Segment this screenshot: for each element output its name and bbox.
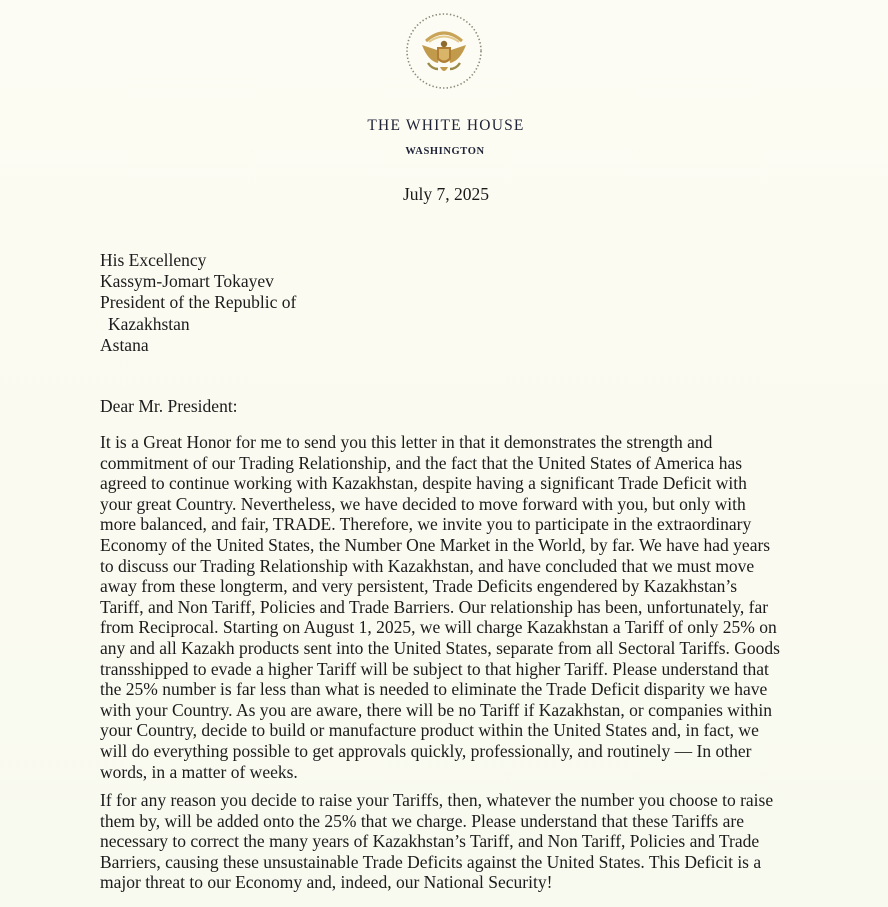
body-line: any and all Kazakh products sent into th… xyxy=(100,638,860,659)
body-line: to discuss our Trading Relationship with… xyxy=(100,556,860,577)
body-line: Barriers, causing these unsustainable Tr… xyxy=(100,852,860,873)
presidential-seal-icon xyxy=(404,11,484,91)
body-line: agreed to continue working with Kazakhst… xyxy=(100,473,860,494)
body-line: them by, will be added onto the 25% that… xyxy=(100,811,860,832)
body-line: words, in a matter of weeks. xyxy=(100,762,860,783)
body-line: commitment of our Trading Relationship, … xyxy=(100,453,860,474)
letter-page: THE WHITE HOUSE WASHINGTON July 7, 2025 … xyxy=(0,0,888,907)
recipient-city: Astana xyxy=(100,335,296,356)
letterhead-city: WASHINGTON xyxy=(0,146,888,157)
body-paragraph: If for any reason you decide to raise yo… xyxy=(100,790,860,893)
letter-date: July 7, 2025 xyxy=(0,184,888,205)
body-line: It is a Great Honor for me to send you t… xyxy=(100,432,860,453)
body-line: away from these longterm, and very persi… xyxy=(100,576,860,597)
body-line: the 25% number is far less than what is … xyxy=(100,679,860,700)
salutation: Dear Mr. President: xyxy=(100,396,238,417)
body-line: Tariff, and Non Tariff, Policies and Tra… xyxy=(100,597,860,618)
body-line: your great Country. Nevertheless, we hav… xyxy=(100,494,860,515)
body-line: from Reciprocal. Starting on August 1, 2… xyxy=(100,617,860,638)
recipient-address: His Excellency Kassym-Jomart Tokayev Pre… xyxy=(100,250,296,356)
recipient-name: Kassym-Jomart Tokayev xyxy=(100,271,296,292)
recipient-title: President of the Republic of xyxy=(100,292,296,313)
body-line: major threat to our Economy and, indeed,… xyxy=(100,872,860,893)
body-line: with your Country. As you are aware, the… xyxy=(100,700,860,721)
body-line: If for any reason you decide to raise yo… xyxy=(100,790,860,811)
body-paragraph: It is a Great Honor for me to send you t… xyxy=(100,432,860,782)
recipient-honorific: His Excellency xyxy=(100,250,296,271)
body-line: more balanced, and fair, TRADE. Therefor… xyxy=(100,514,860,535)
body-line: transshipped to evade a higher Tariff wi… xyxy=(100,659,860,680)
seal-graphic xyxy=(404,11,484,91)
letterhead-title: THE WHITE HOUSE xyxy=(0,117,888,135)
body-line: your Country, decide to build or manufac… xyxy=(100,720,860,741)
body-line: necessary to correct the many years of K… xyxy=(100,831,860,852)
body-line: will do everything possible to get appro… xyxy=(100,741,860,762)
recipient-country: Kazakhstan xyxy=(100,314,296,335)
body-line: Economy of the United States, the Number… xyxy=(100,535,860,556)
